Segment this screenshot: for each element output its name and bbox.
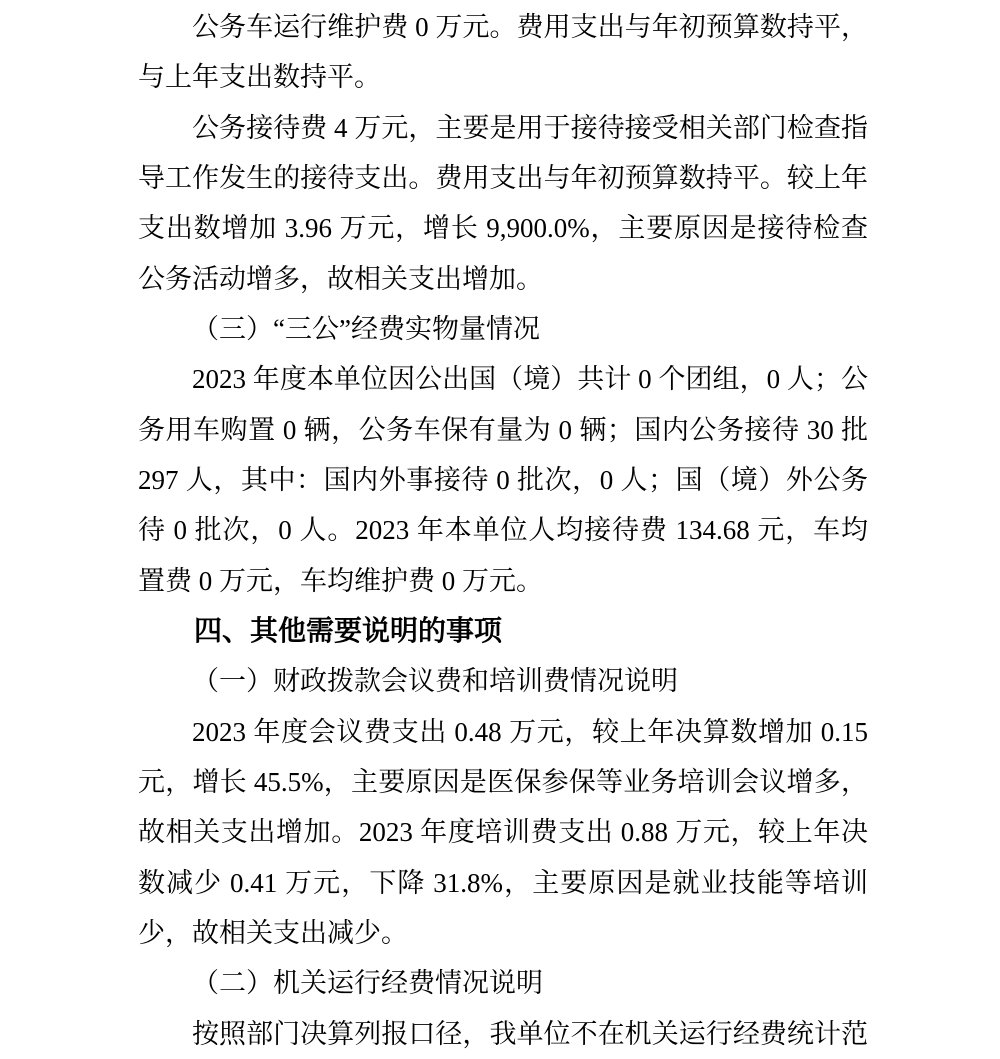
text-line: 2023 年度会议费支出 0.48 万元，较上年决算数增加 0.15 万 (138, 707, 868, 757)
text-line: 故相关支出增加。2023 年度培训费支出 0.88 万元，较上年决算 (138, 807, 868, 857)
text-line: 置费 0 万元，车均维护费 0 万元。 (138, 556, 868, 606)
text-line: 2023 年度本单位因公出国（境）共计 0 个团组，0 人；公 (138, 354, 868, 404)
text-line: 公务车运行维护费 0 万元。费用支出与年初预算数持平， (138, 2, 868, 52)
text-line: 与上年支出数持平。 (138, 52, 868, 102)
paragraph-heading-other-matters: 四、其他需要说明的事项 (138, 606, 868, 656)
paragraph-vehicle-maintenance-fee: 公务车运行维护费 0 万元。费用支出与年初预算数持平， 与上年支出数持平。 (138, 2, 868, 103)
paragraph-agency-operating-funds-details: 按照部门决算列报口径，我单位不在机关运行经费统计范 (138, 1009, 868, 1059)
text-line: 务用车购置 0 辆，公务车保有量为 0 辆；国内公务接待 30 批次 (138, 405, 868, 455)
paragraph-heading-agency-operating-funds: （二）机关运行经费情况说明 (138, 958, 868, 1008)
text-line: 少，故相关支出减少。 (138, 908, 868, 958)
paragraph-heading-three-public-expenses: （三）“三公”经费实物量情况 (138, 304, 868, 354)
section-heading: （三）“三公”经费实物量情况 (138, 304, 868, 354)
paragraph-meeting-training-fee-details: 2023 年度会议费支出 0.48 万元，较上年决算数增加 0.15 万 元，增… (138, 707, 868, 959)
text-line: 待 0 批次，0 人。2023 年本单位人均接待费 134.68 元，车均购 (138, 505, 868, 555)
text-line: 元，增长 45.5%，主要原因是医保参保等业务培训会议增多， (138, 757, 868, 807)
document-page: 公务车运行维护费 0 万元。费用支出与年初预算数持平， 与上年支出数持平。 公务… (0, 0, 1000, 1059)
text-line: 公务接待费 4 万元，主要是用于接待接受相关部门检查指 (138, 103, 868, 153)
text-line: 297 人，其中：国内外事接待 0 批次，0 人；国（境）外公务接 (138, 455, 868, 505)
text-line: 公务活动增多，故相关支出增加。 (138, 254, 868, 304)
chapter-heading: 四、其他需要说明的事项 (138, 606, 868, 656)
text-line: 数减少 0.41 万元，下降 31.8%，主要原因是就业技能等培训减 (138, 858, 868, 908)
paragraph-official-reception-fee: 公务接待费 4 万元，主要是用于接待接受相关部门检查指 导工作发生的接待支出。费… (138, 103, 868, 304)
section-heading: （二）机关运行经费情况说明 (138, 958, 868, 1008)
section-heading: （一）财政拨款会议费和培训费情况说明 (138, 656, 868, 706)
text-line: 按照部门决算列报口径，我单位不在机关运行经费统计范 (138, 1009, 868, 1059)
text-line: 支出数增加 3.96 万元，增长 9,900.0%，主要原因是接待检查等 (138, 203, 868, 253)
text-line: 导工作发生的接待支出。费用支出与年初预算数持平。较上年 (138, 153, 868, 203)
paragraph-physical-quantity-details: 2023 年度本单位因公出国（境）共计 0 个团组，0 人；公 务用车购置 0 … (138, 354, 868, 606)
paragraph-heading-meeting-training-fee: （一）财政拨款会议费和培训费情况说明 (138, 656, 868, 706)
